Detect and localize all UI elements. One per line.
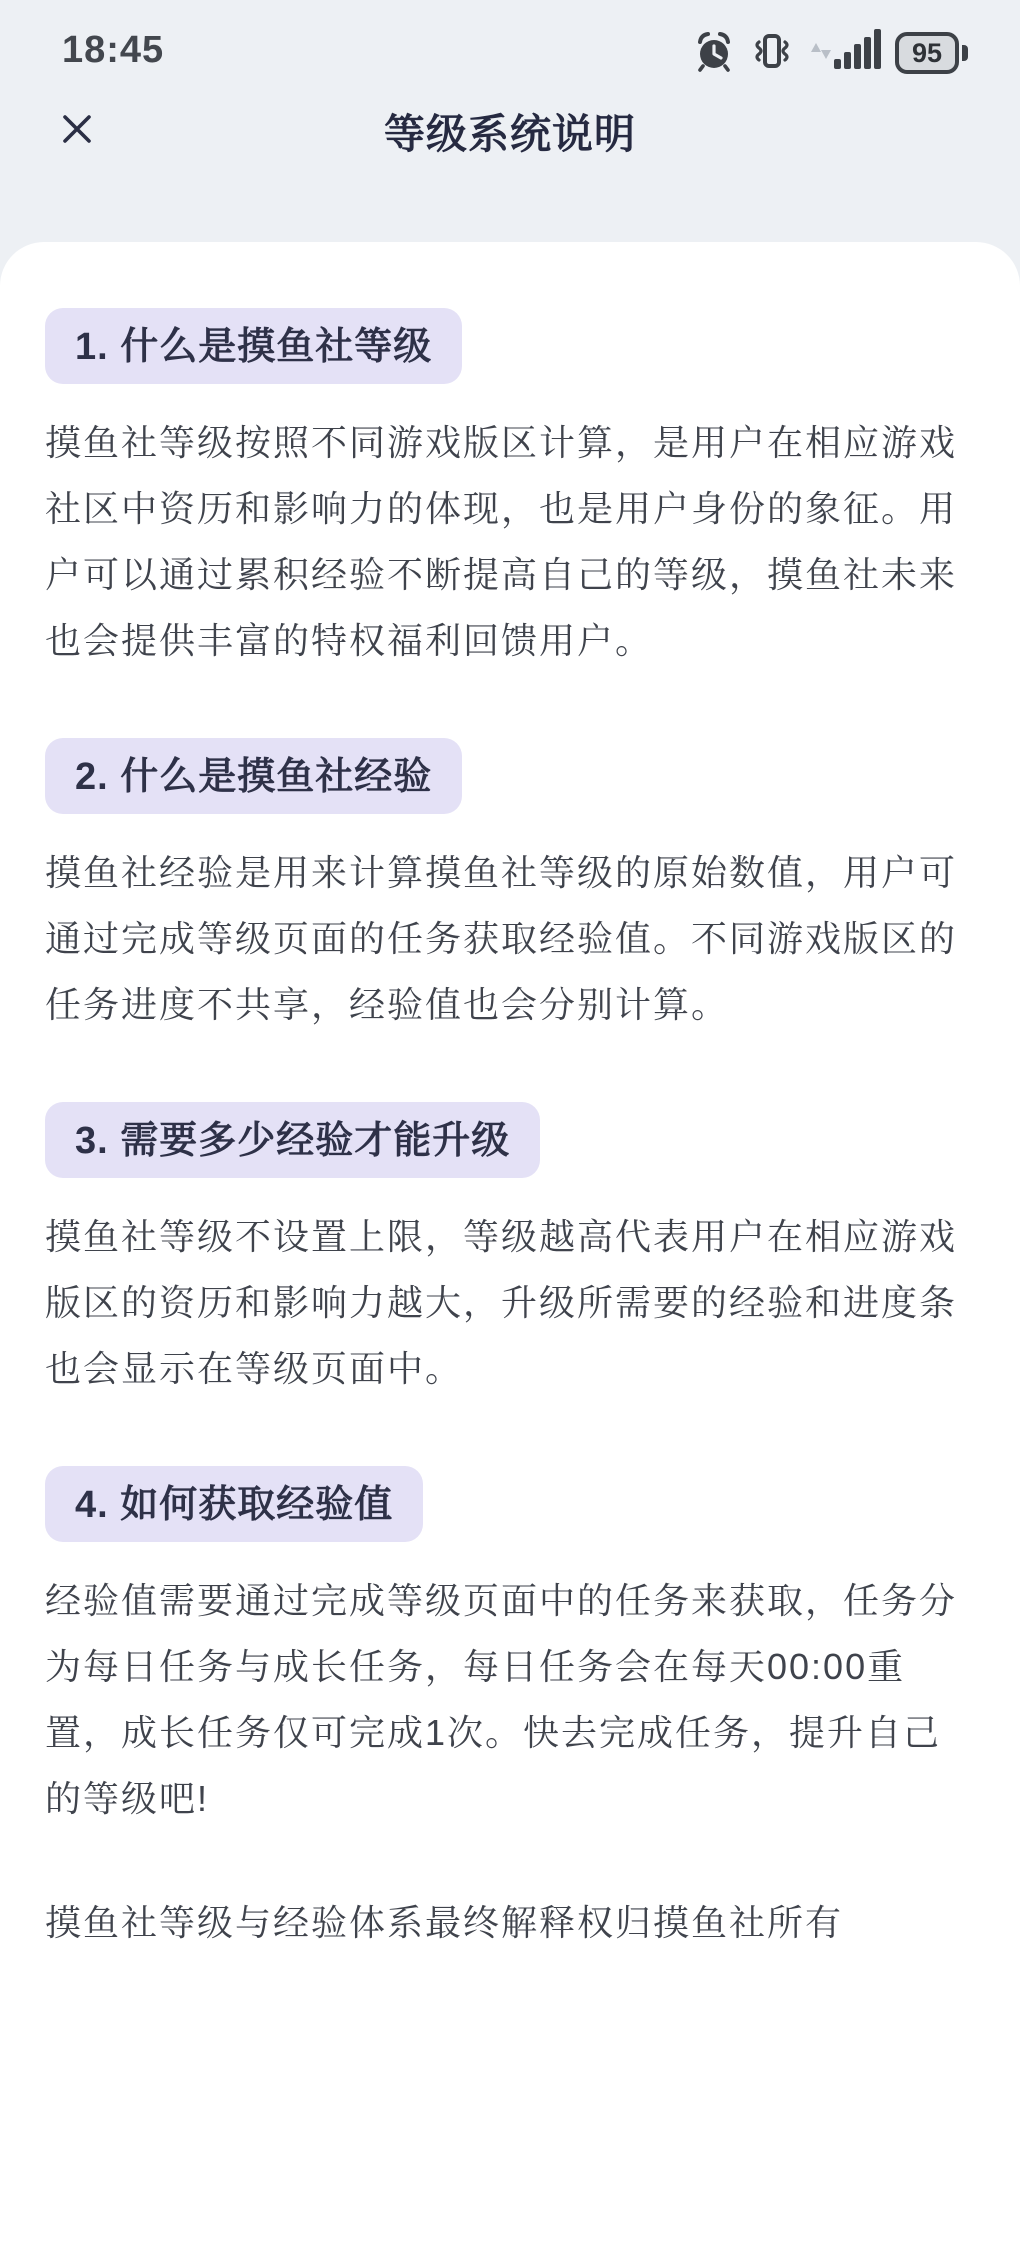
section-what-is-exp: 2. 什么是摸鱼社经验 摸鱼社经验是用来计算摸鱼社等级的原始数值，用户可通过完成… <box>45 738 975 1038</box>
signal-bars-icon <box>808 29 882 78</box>
battery-nub <box>962 45 968 61</box>
app-screen: 18:45 <box>0 0 1020 2241</box>
status-time: 18:45 <box>62 29 164 72</box>
alarm-icon <box>692 29 736 78</box>
close-icon <box>56 108 98 153</box>
section-what-is-level: 1. 什么是摸鱼社等级 摸鱼社等级按照不同游戏版区计算，是用户在相应游戏社区中资… <box>45 308 975 674</box>
battery-icon: 95 <box>895 32 968 74</box>
section-exp-needed: 3. 需要多少经验才能升级 摸鱼社等级不设置上限，等级越高代表用户在相应游戏版区… <box>45 1102 975 1402</box>
section-body-text: 摸鱼社经验是用来计算摸鱼社等级的原始数值，用户可通过完成等级页面的任务获取经验值… <box>45 840 975 1038</box>
section-title-badge: 3. 需要多少经验才能升级 <box>45 1102 540 1178</box>
vibrate-icon <box>749 29 795 78</box>
page-header: 等级系统说明 <box>0 82 1020 178</box>
section-title-badge: 2. 什么是摸鱼社经验 <box>45 738 462 814</box>
footer-disclaimer: 摸鱼社等级与经验体系最终解释权归摸鱼社所有 <box>45 1890 975 1956</box>
status-bar: 18:45 <box>0 0 1020 76</box>
content-card: 1. 什么是摸鱼社等级 摸鱼社等级按照不同游戏版区计算，是用户在相应游戏社区中资… <box>0 242 1020 2241</box>
section-body-text: 摸鱼社等级不设置上限，等级越高代表用户在相应游戏版区的资历和影响力越大，升级所需… <box>45 1204 975 1402</box>
close-button[interactable] <box>55 108 99 152</box>
section-body-text: 经验值需要通过完成等级页面中的任务来获取，任务分为每日任务与成长任务，每日任务会… <box>45 1568 975 1832</box>
battery-level: 95 <box>895 32 959 74</box>
status-icons: 95 <box>692 29 968 78</box>
page-title: 等级系统说明 <box>0 101 1020 160</box>
section-title-badge: 1. 什么是摸鱼社等级 <box>45 308 462 384</box>
section-how-to-get-exp: 4. 如何获取经验值 经验值需要通过完成等级页面中的任务来获取，任务分为每日任务… <box>45 1466 975 1832</box>
section-title-badge: 4. 如何获取经验值 <box>45 1466 423 1542</box>
section-body-text: 摸鱼社等级按照不同游戏版区计算，是用户在相应游戏社区中资历和影响力的体现，也是用… <box>45 410 975 674</box>
